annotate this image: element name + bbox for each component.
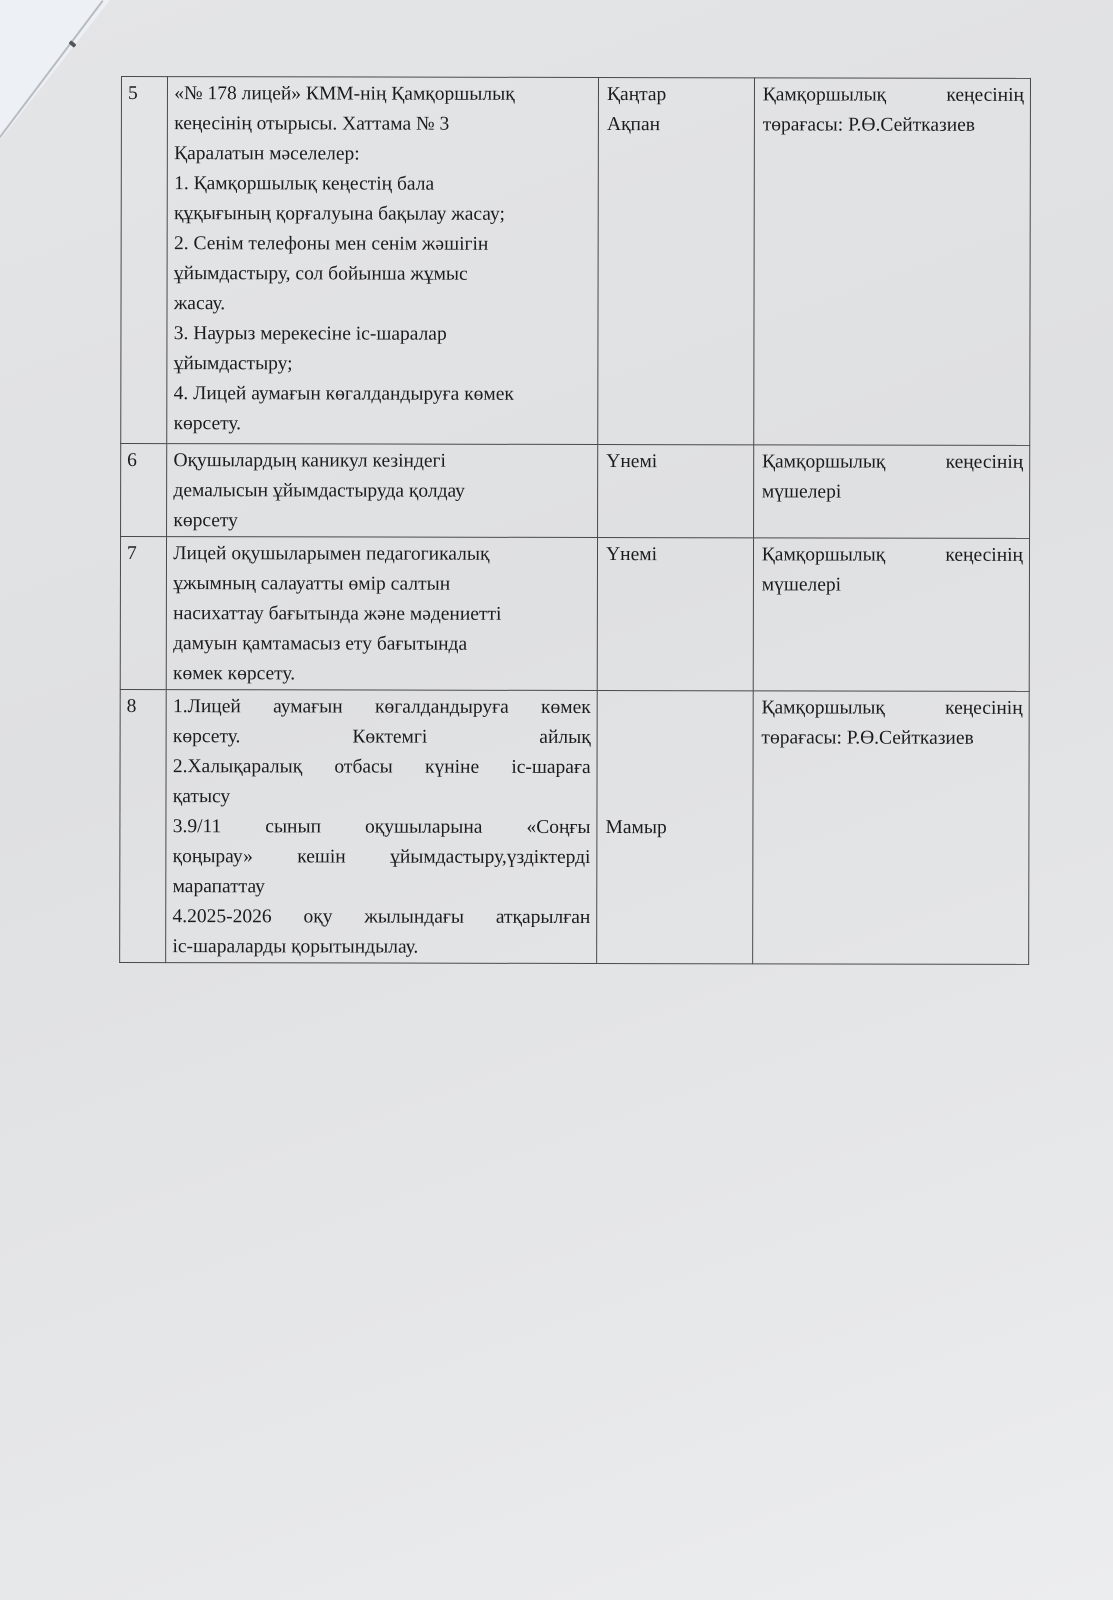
responsible-cell: Қамқоршылық кеңесініңмүшелері — [753, 538, 1030, 692]
event-text-line: іс-шараларды қорытындылау. — [172, 932, 590, 963]
event-text-line: Оқушылардың каникул кезіндегі — [173, 446, 591, 477]
row-number: 5 — [121, 77, 168, 444]
plan-table: 5«№ 178 лицей» КММ-нің Қамқоршылықкеңесі… — [119, 76, 1031, 965]
event-text-line: насихаттау бағытында және мәдениетті — [173, 599, 591, 630]
event-text-line: ұйымдастыру, сол бойынша жұмыс — [174, 259, 592, 290]
event-text-line: көрсету. Көктемгі айлық — [173, 722, 591, 753]
row-number: 8 — [120, 689, 167, 962]
event-text-line: көмек көрсету. — [173, 659, 591, 690]
timeframe-text: Қаңтар — [607, 80, 748, 110]
event-cell: Оқушылардың каникул кезіндегідемалысын ұ… — [167, 444, 598, 538]
responsible-text-line: мүшелері — [762, 477, 1023, 508]
event-text-line: Лицей оқушыларымен педагогикалық — [173, 539, 591, 570]
table-row: 5«№ 178 лицей» КММ-нің Қамқоршылықкеңесі… — [121, 77, 1031, 446]
event-text-line: 2. Сенім телефоны мен сенім жәшігін — [174, 229, 592, 260]
event-text-line: Қаралатын мәселелер: — [174, 139, 592, 170]
timeframe-cell: Мамыр — [597, 690, 753, 963]
event-text-line: кеңесінің отырысы. Хаттама № 3 — [174, 109, 592, 140]
event-text-line: 2.Халықаралық отбасы күніне іс-шараға — [173, 752, 591, 783]
event-text-line: 1.Лицей аумағын көгалдандыруға көмек — [173, 692, 591, 723]
responsible-text-line: төрағасы: Р.Ө.Сейтказиев — [763, 110, 1024, 141]
event-cell: 1.Лицей аумағын көгалдандыруға көмеккөрс… — [166, 690, 597, 964]
plan-table-body: 5«№ 178 лицей» КММ-нің Қамқоршылықкеңесі… — [120, 77, 1031, 965]
timeframe-text: Ақпан — [607, 110, 748, 140]
table-row: 6Оқушылардың каникул кезіндегідемалысын … — [121, 444, 1030, 539]
event-cell: «№ 178 лицей» КММ-нің Қамқоршылықкеңесін… — [167, 77, 599, 445]
table-row: 81.Лицей аумағын көгалдандыруға көмеккөр… — [120, 689, 1030, 964]
event-text-line: «№ 178 лицей» КММ-нің Қамқоршылық — [174, 79, 592, 110]
event-text-line: көрсету — [173, 506, 591, 537]
event-text-line: ұжымның салауатты өмір салтын — [173, 569, 591, 600]
event-text-line: жасау. — [174, 289, 592, 320]
event-text-line: көрсету. — [174, 409, 592, 440]
event-text-line: дамуын қамтамасыз ету бағытында — [173, 629, 591, 660]
timeframe-text: Үнемі — [606, 447, 747, 477]
event-text-line: қоңырау» кешін ұйымдастыру,үздіктерді — [173, 842, 591, 873]
timeframe-cell: Үнемі — [598, 444, 754, 537]
responsible-text-line: Қамқоршылық кеңесінің — [762, 447, 1023, 478]
event-text-line: марапаттау — [173, 872, 591, 903]
table-row: 7Лицей оқушыларымен педагогикалықұжымның… — [120, 537, 1029, 692]
event-text-line: құқығының қорғалуына бақылау жасау; — [174, 199, 592, 230]
folded-page-corner — [0, 0, 110, 140]
timeframe-text: Мамыр — [605, 813, 746, 843]
event-text-line: 4.2025-2026 оқу жылындағы атқарылған — [173, 902, 591, 933]
responsible-cell: Қамқоршылық кеңесініңтөрағасы: Р.Ө.Сейтк… — [752, 691, 1029, 965]
timeframe-cell: ҚаңтарАқпан — [598, 78, 754, 445]
event-text-line: қатысу — [173, 782, 591, 813]
timeframe-cell: Үнемі — [597, 537, 753, 690]
responsible-text-line: төрағасы: Р.Ө.Сейтказиев — [761, 723, 1022, 754]
responsible-text-line: Қамқоршылық кеңесінің — [763, 80, 1024, 111]
responsible-cell: Қамқоршылық кеңесініңтөрағасы: Р.Ө.Сейтк… — [754, 78, 1031, 446]
event-cell: Лицей оқушыларымен педагогикалықұжымның … — [167, 537, 598, 691]
event-text-line: демалысын ұйымдастыруда қолдау — [173, 476, 591, 507]
responsible-text-line: Қамқоршылық кеңесінің — [761, 693, 1022, 724]
responsible-text-line: мүшелері — [762, 570, 1023, 601]
timeframe-text: Үнемі — [606, 540, 747, 570]
row-number: 6 — [121, 444, 168, 537]
event-text-line: 4. Лицей аумағын көгалдандыруға көмек — [174, 379, 592, 410]
event-text-line: 1. Қамқоршылық кеңестің бала — [174, 169, 592, 200]
responsible-cell: Қамқоршылық кеңесініңмүшелері — [753, 445, 1029, 539]
responsible-text-line: Қамқоршылық кеңесінің — [762, 540, 1023, 571]
row-number: 7 — [120, 537, 167, 690]
event-text-line: ұйымдастыру; — [174, 349, 592, 380]
event-text-line: 3. Наурыз мерекесіне іс-шаралар — [174, 319, 592, 350]
event-text-line: 3.9/11 сынып оқушыларына «Соңғы — [173, 812, 591, 843]
